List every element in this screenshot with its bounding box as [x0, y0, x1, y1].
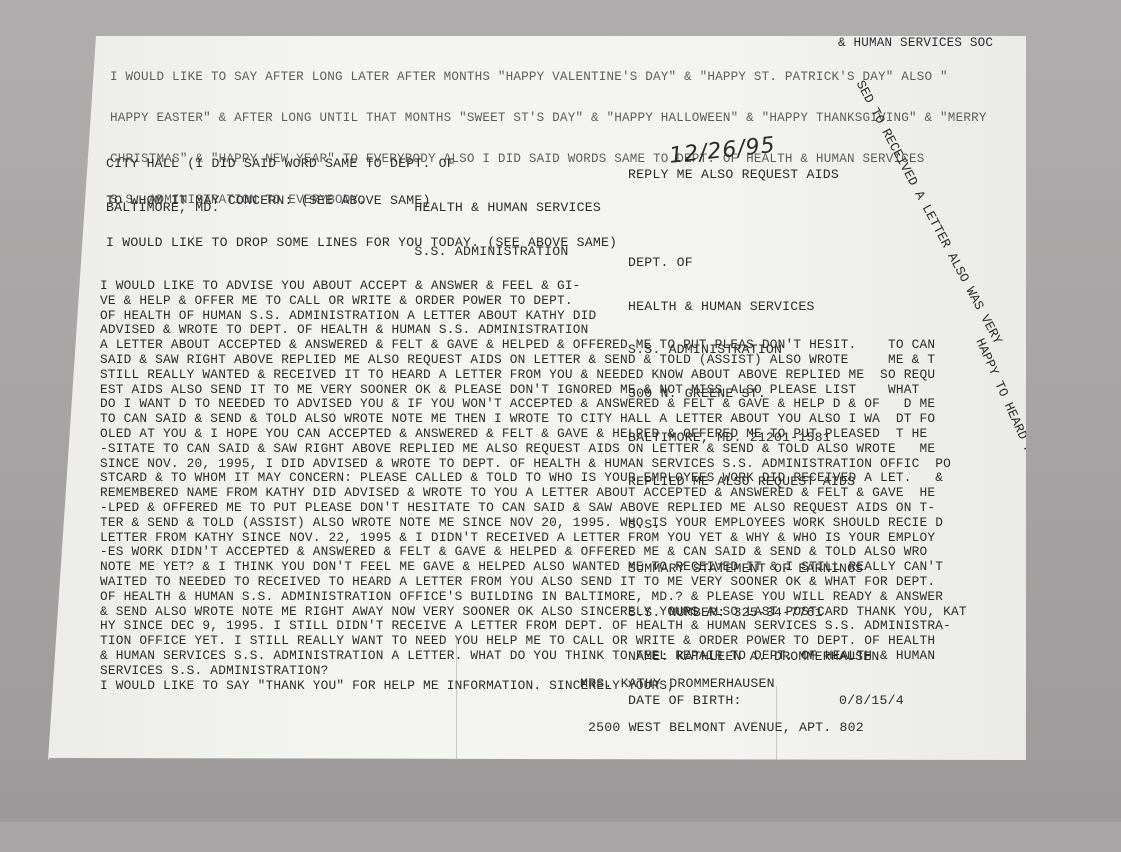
signature-street: 2500 WEST BELMONT AVENUE, APT. 802: [580, 721, 864, 736]
body-line: EST AIDS ALSO SEND IT TO ME VERY SOONER …: [100, 383, 967, 398]
letter-paper: I WOULD LIKE TO SAY AFTER LONG LATER AFT…: [48, 36, 1026, 760]
body-line: OLED AT YOU & I HOPE YOU CAN ACCEPTED & …: [100, 427, 967, 442]
body-line: LETTER FROM KATHY SINCE NOV. 22, 1995 & …: [100, 531, 967, 546]
top-right-fragment: & HUMAN SERVICES SOC: [838, 36, 993, 51]
recipient-line: REPLY ME ALSO REQUEST AIDS: [628, 168, 904, 183]
paper-fold-line: [456, 636, 457, 772]
body-line: TION OFFICE YET. I STILL REALLY WANT TO …: [100, 634, 967, 649]
recipient-line: DEPT. OF: [628, 256, 904, 271]
body-line: OF HEALTH & HUMAN S.S. ADMINISTRATION OF…: [100, 590, 967, 605]
body-line: SAID & SAW RIGHT ABOVE REPLIED ME ALSO R…: [100, 353, 967, 368]
body-line: STILL REALLY WANTED & RECEIVED IT TO HEA…: [100, 368, 967, 383]
body-line: SINCE NOV. 20, 1995, I DID ADVISED & WRO…: [100, 457, 967, 472]
body-line: -SITATE TO CAN SAID & SAW RIGHT ABOVE RE…: [100, 442, 967, 457]
body-line: REMEMBERED NAME FROM KATHY DID ADVISED &…: [100, 486, 967, 501]
body-line: TER & SEND & TOLD (ASSIST) ALSO WROTE NO…: [100, 516, 967, 531]
header-line: HAPPY EASTER" & AFTER LONG UNTIL THAT MO…: [110, 112, 987, 126]
letter-body: I WOULD LIKE TO ADVISE YOU ABOUT ACCEPT …: [100, 279, 967, 693]
body-line: DO I WANT D TO NEEDED TO ADVISED YOU & I…: [100, 397, 967, 412]
recipient-line: [628, 212, 904, 227]
body-line: -LPED & OFFERED ME TO PUT PLEASE DON'T H…: [100, 501, 967, 516]
intro-line: I WOULD LIKE TO DROP SOME LINES FOR YOU …: [106, 236, 617, 251]
body-line: WAITED TO NEEDED TO RECEIVED TO HEARD A …: [100, 575, 967, 590]
city-hall-line: CITY HALL (I DID SAID WORD SAME TO DEPT.…: [106, 157, 601, 172]
body-line: -ES WORK DIDN'T ACCEPTED & ANSWERED & FE…: [100, 545, 967, 560]
body-line: STCARD & TO WHOM IT MAY CONCERN: PLEASE …: [100, 471, 967, 486]
body-line: A LETTER ABOUT ACCEPTED & ANSWERED & FEL…: [100, 338, 967, 353]
body-line: HY SINCE DEC 9, 1995. I STILL DIDN'T REC…: [100, 619, 967, 634]
body-line: NOTE ME YET? & I THINK YOU DON'T FEEL ME…: [100, 560, 967, 575]
body-line: ADVISED & WROTE TO DEPT. OF HEALTH & HUM…: [100, 323, 967, 338]
body-line: OF HEALTH OF HUMAN S.S. ADMINISTRATION A…: [100, 309, 967, 324]
body-line: TO CAN SAID & SEND & TOLD ALSO WROTE NOT…: [100, 412, 967, 427]
body-line: I WOULD LIKE TO ADVISE YOU ABOUT ACCEPT …: [100, 279, 967, 294]
body-line: & SEND ALSO WROTE NOTE ME RIGHT AWAY NOW…: [100, 605, 967, 620]
body-line: VE & HELP & OFFER ME TO CALL OR WRITE & …: [100, 294, 967, 309]
salutation: TO WHOM IT MAY CONCERN: (SEE ABOVE SAME): [106, 194, 431, 209]
signature-name: MRS. KATHY DROMMERHAUSEN: [580, 677, 864, 692]
